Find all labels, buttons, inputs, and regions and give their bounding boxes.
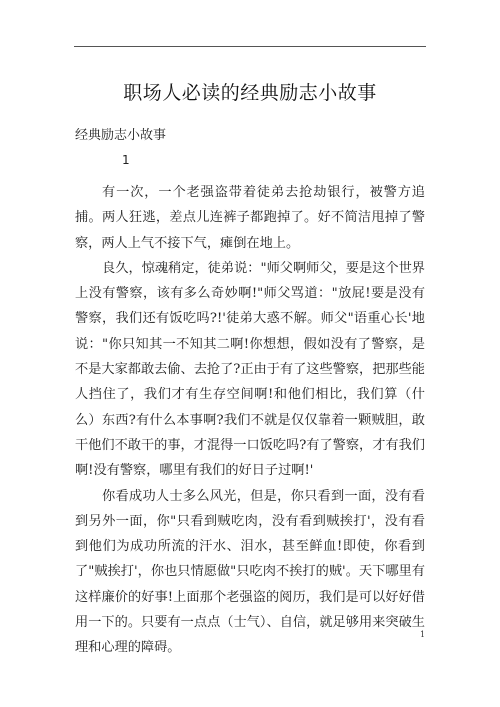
document-body: 有一次，一个老强盗带着徒弟去抢劫银行，被警方追捕。两人狂逃，差点儿连裤子都跑掉了…: [75, 180, 425, 661]
paragraph: 良久，惊魂稍定，徒弟说："师父啊师父，要是这个世界上没有警察，该有多么奇妙啊!"…: [75, 256, 425, 484]
document-title: 职场人必读的经典励志小故事: [0, 78, 500, 105]
paragraph: 你看成功人士多么风光，但是，你只看到一面，没有看到另外一面，你"只看到贼吃肉，没…: [75, 484, 425, 661]
paragraph: 有一次，一个老强盗带着徒弟去抢劫银行，被警方追捕。两人狂逃，差点儿连裤子都跑掉了…: [75, 180, 425, 256]
page-number: 1: [420, 630, 425, 639]
section-number: 1: [122, 153, 130, 167]
document-subtitle: 经典励志小故事: [75, 124, 166, 143]
header-rule: [74, 46, 426, 47]
